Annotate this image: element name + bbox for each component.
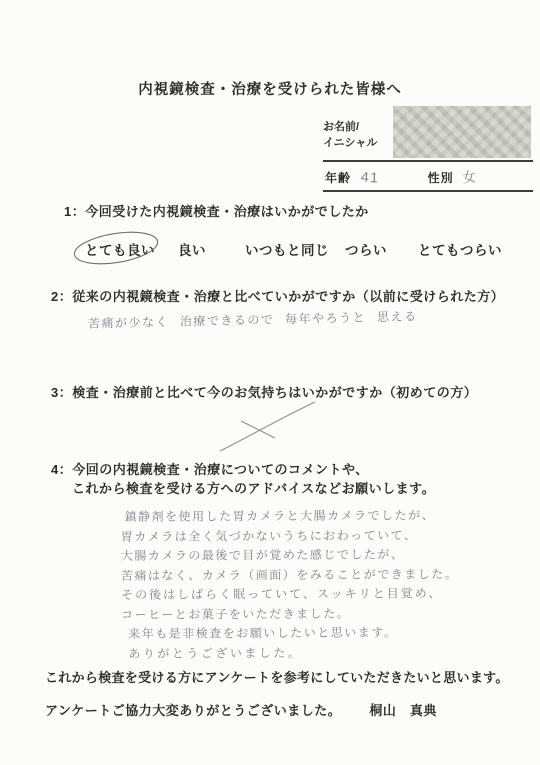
question-2-label: 2：従来の内視鏡検査・治療と比べていかがですか（以前に受けられた方）	[51, 286, 504, 305]
q1-option-yoi: 良い	[178, 239, 206, 259]
q4-answer-line: 大腸カメラの最後で目が覚めた感じでしたが、	[121, 545, 458, 566]
q4-answer-line: その後はしばらく眠っていて、スッキリと目覚め、	[121, 584, 458, 605]
hand-drawn-selection-circle	[68, 226, 164, 270]
q4-answer-line: ありがとうございました。	[128, 643, 458, 664]
q4-handwritten-answer: 鎮静剤を使用した胃カメラと大腸カメラでしたが、 胃カメラは全く気づかないうちにお…	[121, 506, 459, 664]
q3-cross-mark	[203, 395, 328, 457]
q4-answer-line: 来年も是非検査をお願いしたいと思います。	[128, 623, 458, 644]
questionnaire-scan-page: 内視鏡検査・治療を受けられた皆様へ お名前/ イニシャル 年齢 41 性別 女 …	[0, 0, 540, 765]
q4-answer-line: コーヒーとお菓子をいただきました。	[121, 604, 458, 625]
question-1-label: 1：今回受けた内視鏡検査・治療はいかがでしたか	[64, 201, 369, 220]
footer-thanks-text: アンケートご協力大変ありがとうございました。	[45, 703, 341, 718]
name-row: お名前/ イニシャル	[323, 106, 533, 162]
footer-thanks: アンケートご協力大変ありがとうございました。 桐山 真典	[45, 700, 437, 719]
question-4-label-line1: 4：今回の内視鏡検査・治療についてのコメントや、	[51, 459, 369, 478]
age-sex-row: 年齢 41 性別 女	[323, 162, 533, 192]
age-value-handwritten: 41	[360, 168, 380, 185]
doctor-signature: 桐山 真典	[369, 703, 437, 718]
footer-note: これから検査を受ける方にアンケートを参考にしていただきたいと思います。	[45, 667, 509, 686]
q2-handwritten-answer: 苦痛が少なく 治療できるので 毎年やろうと 思える	[88, 307, 418, 331]
q1-option-tsurai: つらい	[345, 239, 387, 259]
name-label: お名前/ イニシャル	[323, 106, 393, 158]
q1-option-itsumo-to-onaji: いつもと同じ	[245, 239, 329, 259]
sex-value-handwritten: 女	[461, 166, 479, 188]
q4-answer-line: 鎮静剤を使用した胃カメラと大腸カメラでしたが、	[125, 506, 458, 527]
respondent-info-box: お名前/ イニシャル 年齢 41 性別 女	[323, 106, 533, 192]
age-label: 年齢	[325, 169, 351, 186]
q4-answer-line: 胃カメラは全く気づかないうちにおわっていて、	[121, 526, 458, 547]
page-title: 内視鏡検査・治療を受けられた皆様へ	[0, 78, 540, 99]
q1-option-totemo-tsurai: とてもつらい	[418, 239, 502, 259]
sex-label: 性別	[428, 169, 454, 186]
redacted-name-area	[393, 106, 531, 158]
q4-answer-line: 苦痛はなく、カメラ（画面）をみることができました。	[121, 565, 458, 586]
question-4-label-line2: これから検査を受ける方へのアドバイスなどお願いします。	[72, 478, 435, 497]
